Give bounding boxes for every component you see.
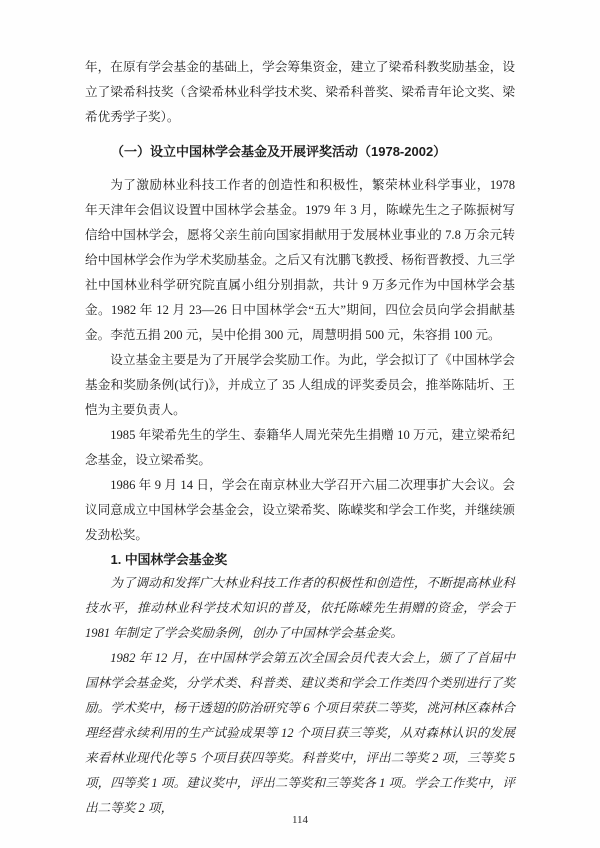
- document-page: 年，在原有学会基金的基础上，学会筹集资金，建立了梁希科教奖励基金，设立了梁希科技…: [0, 0, 600, 848]
- subsection-heading: 1. 中国林学会基金奖: [85, 548, 515, 571]
- paragraph-7: 1982 年 12 月，在中国林学会第五次全国会员代表大会上，颁了了首届中国林学…: [85, 646, 515, 821]
- page-number: 114: [292, 814, 308, 826]
- paragraph-6: 为了调动和发挥广大林业科技工作者的积极性和创造性，不断提高林业科技水平，推动林业…: [85, 571, 515, 646]
- paragraph-3: 设立基金主要是为了开展学会奖励工作。为此，学会拟订了《中国林学会基金和奖励条例(…: [85, 348, 515, 423]
- document-body: 年，在原有学会基金的基础上，学会筹集资金，建立了梁希科教奖励基金，设立了梁希科技…: [85, 55, 515, 821]
- paragraph-4: 1985 年梁希先生的学生、泰籍华人周光荣先生捐赠 10 万元，建立梁希纪念基金…: [85, 423, 515, 473]
- paragraph-1: 年，在原有学会基金的基础上，学会筹集资金，建立了梁希科教奖励基金，设立了梁希科技…: [85, 55, 515, 130]
- page-footer: 114: [0, 814, 600, 826]
- paragraph-5: 1986 年 9 月 14 日，学会在南京林业大学召开六届二次理事扩大会议。会议…: [85, 473, 515, 548]
- section-heading: （一）设立中国林学会基金及开展评奖活动（1978-2002）: [85, 139, 515, 164]
- paragraph-2: 为了激励林业科技工作者的创造性和积极性，繁荣林业科学事业，1978 年天津年会倡…: [85, 173, 515, 348]
